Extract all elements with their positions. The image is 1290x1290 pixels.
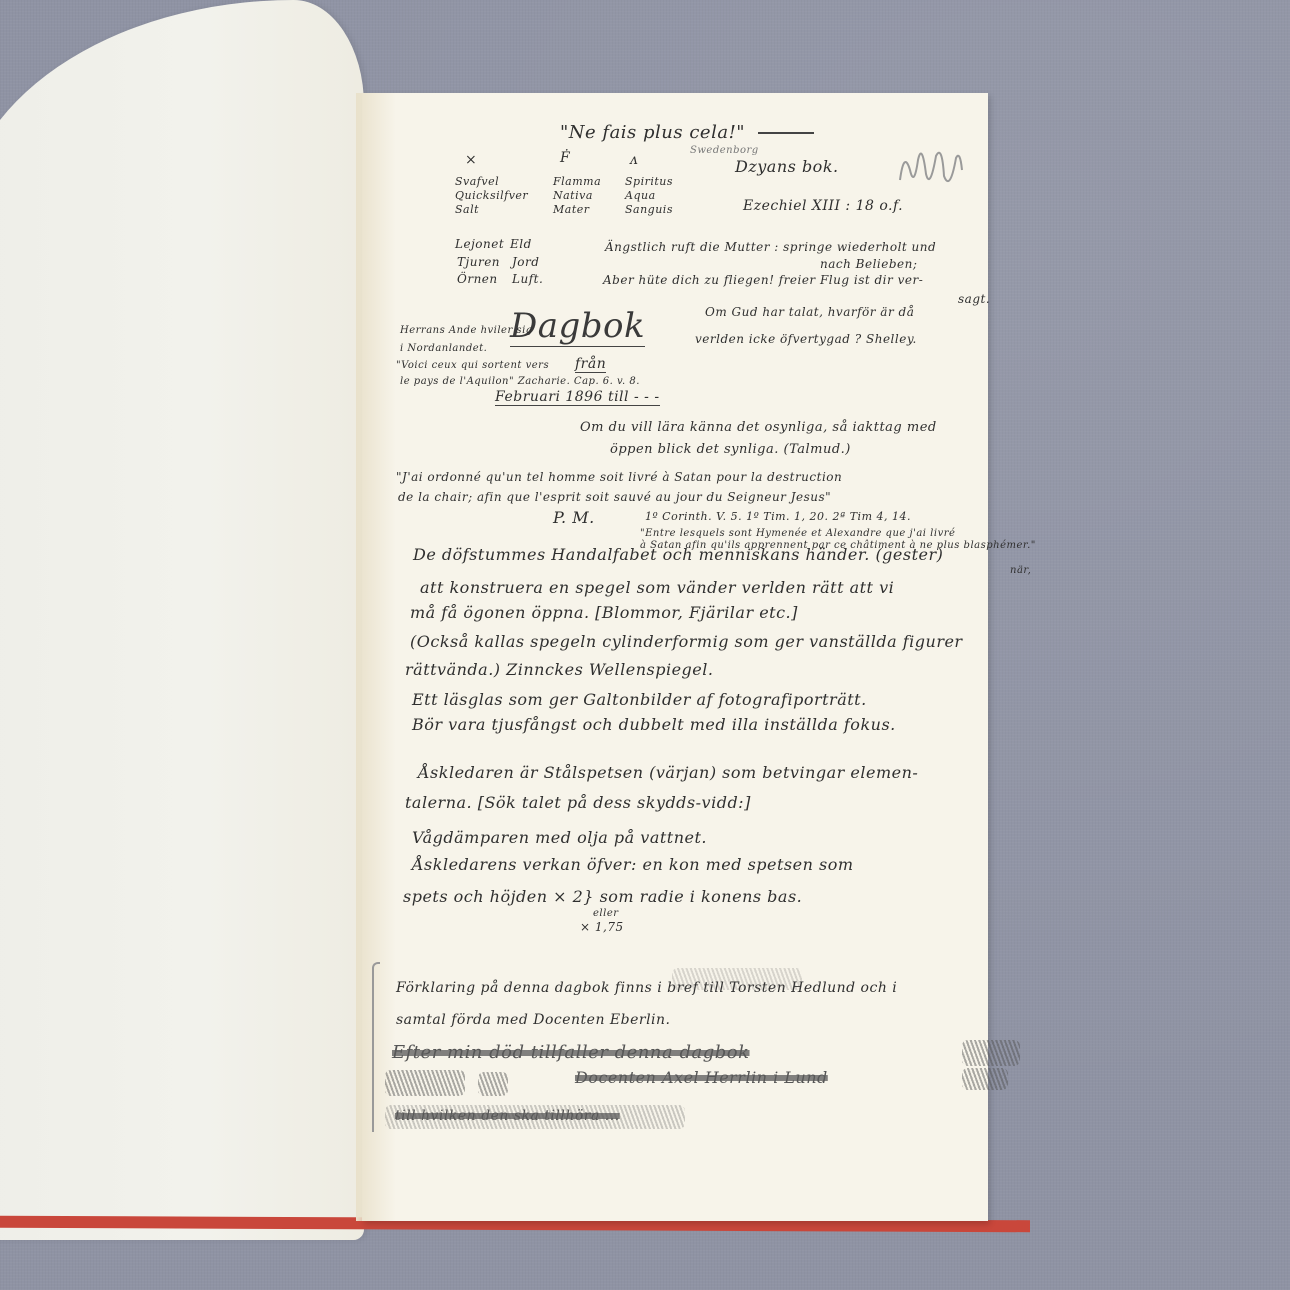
alchemy-cell: Svafvel <box>455 175 499 188</box>
beast-element: Luft. <box>512 272 543 286</box>
alchemy-cell: Sanguis <box>625 203 673 216</box>
smudge <box>672 968 802 990</box>
fran-label: från <box>575 356 606 373</box>
pencil-scribble <box>385 1070 465 1096</box>
bottom-note-line: samtal förda med Docenten Eberlin. <box>396 1012 671 1028</box>
title-side-note: i Nordanlandet. <box>400 343 487 354</box>
body-line: Bör vara tjusfångst och dubbelt med illa… <box>412 715 896 734</box>
body-line: spets och höjden × 2} som radie i konens… <box>403 887 802 906</box>
german-quote-line: nach Belieben; <box>820 257 917 271</box>
epigraph-dash <box>758 132 814 134</box>
pm-label: P. M. <box>553 508 595 527</box>
alchemy-cell: Quicksilfver <box>455 189 528 202</box>
body-annotation: × 1,75 <box>580 920 624 934</box>
title-side-note: Herrans Ande hviler sig <box>400 325 533 336</box>
epigraph: "Ne fais plus cela!" <box>560 122 745 143</box>
body-line: Vågdämparen med olja på vattnet. <box>412 828 707 847</box>
shelley-quote-line: Om Gud har talat, hvarför är då <box>705 305 914 319</box>
corinth-footnote: "Entre lesquels sont Hymenée et Alexandr… <box>640 528 955 539</box>
alchemy-cell: Flamma <box>553 175 601 188</box>
pencil-scribble <box>385 1105 685 1129</box>
body-line: att konstruera en spegel som vänder verl… <box>420 578 894 597</box>
bottom-note-line: Förklaring på denna dagbok finns i bref … <box>396 980 897 996</box>
body-line: (Också kallas spegeln cylinderformig som… <box>410 632 963 651</box>
symbol-caret: ᴧ <box>630 152 638 168</box>
corinth-ref: 1º Corinth. V. 5. 1º Tim. 1, 20. 2ª Tim … <box>645 510 911 523</box>
alchemy-cell: Mater <box>553 203 590 216</box>
body-line: De döfstummes Handalfabet och menniskans… <box>413 545 943 564</box>
zacharie-line: le pays de l'Aquilon" Zacharie. Cap. 6. … <box>400 376 640 387</box>
body-line: Åskledaren är Stålspetsen (värjan) som b… <box>418 763 918 782</box>
alchemy-cell: Nativa <box>553 189 593 202</box>
beast-animal: Lejonet <box>455 237 504 251</box>
corinth-line: "J'ai ordonné qu'un tel homme soit livré… <box>396 470 842 484</box>
ezechiel-ref: Ezechiel XIII : 18 o.f. <box>743 198 903 214</box>
beast-animal: Tjuren <box>457 255 500 269</box>
body-annotation: när, <box>1010 565 1031 576</box>
zacharie-line: "Voici ceux qui sortent vers <box>396 360 549 371</box>
margin-bracket <box>372 962 380 1132</box>
dzyans-bok: Dzyans bok. <box>735 157 839 176</box>
alchemy-cell: Spiritus <box>625 175 673 188</box>
date-line: Februari 1896 till - - - <box>495 389 660 406</box>
beast-element: Eld <box>510 237 532 251</box>
alchemy-cell: Salt <box>455 203 479 216</box>
swedenborg-note: Swedenborg <box>690 145 759 156</box>
shelley-quote-line: verlden icke öfvertygad ? Shelley. <box>695 332 917 346</box>
body-annotation: eller <box>593 908 619 919</box>
beast-animal: Örnen <box>457 272 498 286</box>
talmud-line: öppen blick det synliga. (Talmud.) <box>610 442 851 457</box>
body-line: talerna. [Sök talet på dess skydds-vidd:… <box>405 793 751 812</box>
left-page-curled <box>0 0 364 1240</box>
pencil-scribble <box>478 1072 508 1096</box>
german-quote-line: Aber hüte dich zu fliegen! freier Flug i… <box>603 273 923 287</box>
symbol-alchemy: Ḟ <box>560 150 570 166</box>
body-line: rättvända.) Zinnckes Wellenspiegel. <box>405 660 713 679</box>
body-line: Åskledarens verkan öfver: en kon med spe… <box>412 855 854 874</box>
struck-line: Docenten Axel Herrlin i Lund <box>575 1068 828 1087</box>
pencil-scribble <box>962 1040 1020 1066</box>
body-line: må få ögonen öppna. [Blommor, Fjärilar e… <box>410 603 798 622</box>
struck-line: Efter min död tillfaller denna dagbok <box>392 1042 750 1063</box>
talmud-line: Om du vill lära känna det osynliga, så i… <box>580 420 937 435</box>
german-quote-line: sagt. <box>958 292 990 306</box>
corinth-line: de la chair; afin que l'esprit soit sauv… <box>398 490 831 504</box>
alchemy-cell: Aqua <box>625 189 656 202</box>
beast-element: Jord <box>512 255 539 269</box>
pencil-scribble <box>962 1068 1008 1090</box>
german-quote-line: Ängstlich ruft die Mutter : springe wied… <box>605 240 936 254</box>
symbol-cross: × <box>465 152 477 168</box>
body-line: Ett läsglas som ger Galtonbilder af foto… <box>412 690 867 709</box>
pencil-scrawl-icon <box>896 140 966 192</box>
